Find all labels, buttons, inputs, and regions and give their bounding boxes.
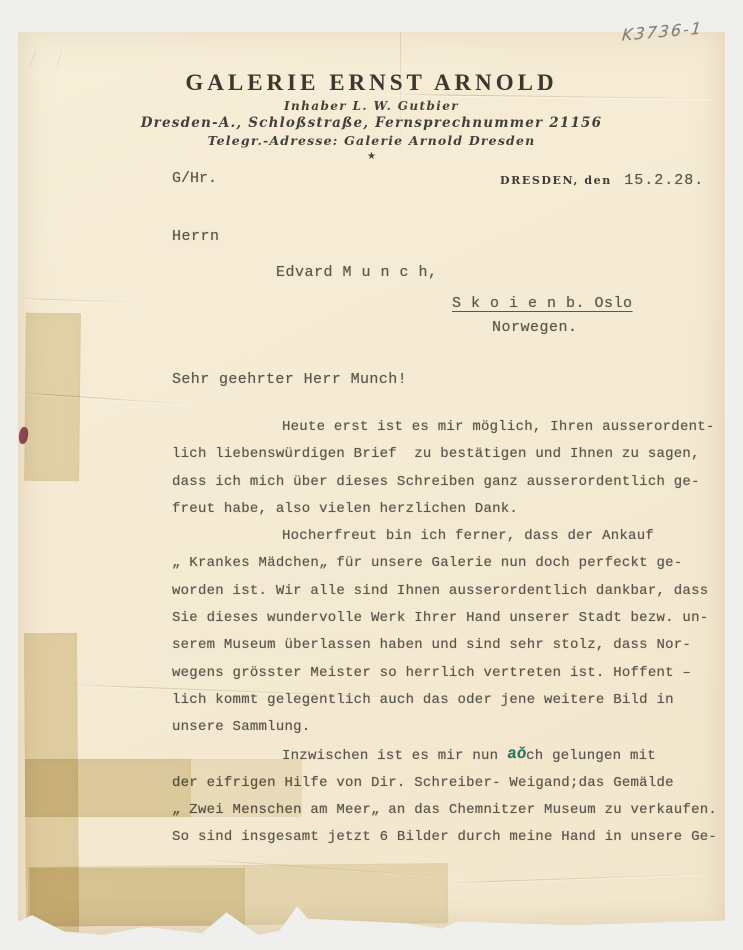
letterhead: GALERIE ERNST ARNOLD Inhaber L. W. Gutbi… [18, 32, 725, 162]
letter-line: lich kommt gelegentlich auch das oder je… [172, 687, 717, 714]
letter-sheet: GALERIE ERNST ARNOLD Inhaber L. W. Gutbi… [18, 32, 725, 935]
letter-line: serem Museum überlassen haben und sind s… [172, 632, 717, 659]
letter-line: lich liebenswürdigen Brief zu bestätigen… [172, 441, 717, 468]
line-segment: Inzwischen ist es mir nun [282, 748, 507, 764]
gallery-name: GALERIE ERNST ARNOLD [18, 70, 725, 96]
letter-body: Heute erst ist es mir möglich, Ihren aus… [172, 414, 717, 852]
crease-line [20, 392, 190, 405]
letter-line: freut habe, also vielen herzlichen Dank. [172, 496, 717, 523]
tape-strip-left-upper [24, 313, 81, 482]
recipient-name: Edvard M u n c h, [276, 264, 438, 281]
crease-line [448, 873, 708, 883]
letter-line: worden ist. Wir alle sind Ihnen ausseror… [172, 578, 717, 605]
letter-greeting: Sehr geehrter Herr Munch! [172, 371, 407, 388]
recipient-city: S k o i e n b. Oslo [452, 295, 633, 312]
recipient-country: Norwegen. [492, 319, 578, 336]
letter-line: „ Zwei Menschen am Meer„ an das Chemnitz… [172, 797, 717, 824]
letter-date: 15.2.28. [624, 172, 704, 189]
letter-line: Heute erst ist es mir möglich, Ihren aus… [172, 414, 717, 441]
letter-line: Hocherfreut bin ich ferner, dass der Ank… [172, 523, 717, 550]
crease-line [198, 859, 457, 878]
place-label: DRESDEN, den [500, 174, 612, 187]
tape-strip-bottom [30, 868, 245, 926]
gallery-owner: Inhaber L. W. Gutbier [18, 99, 725, 113]
letter-line: wegens grösster Meister so herrlich vert… [172, 660, 717, 687]
letter-line-with-correction: Inzwischen ist es mir nun aǒch gelungen … [172, 742, 717, 770]
letter-line: „ Krankes Mädchen„ für unsere Galerie nu… [172, 550, 717, 577]
letter-line: unsere Sammlung. [172, 714, 717, 741]
letter-line: Sie dieses wundervolle Werk Ihrer Hand u… [172, 605, 717, 632]
gallery-address: Dresden-A., Schloßstraße, Fernsprechnumm… [18, 115, 725, 131]
handwritten-correction: aǒ [506, 741, 528, 768]
scanner-background: K3736-1 GALERIE ERNST ARNOLD Inhaber L. … [0, 0, 743, 950]
recipient-salutation: Herrn [172, 228, 220, 245]
letter-line: So sind insgesamt jetzt 6 Bilder durch m… [172, 824, 717, 851]
letter-line: der eifrigen Hilfe von Dir. Schreiber- W… [172, 770, 717, 797]
letter-line: dass ich mich über dieses Schreiben ganz… [172, 469, 717, 496]
tape-strip-horizontal [25, 759, 191, 817]
line-segment: ch gelungen mit [526, 748, 656, 764]
gallery-telegram: Telegr.-Adresse: Galerie Arnold Dresden [18, 133, 725, 148]
crease-line [20, 298, 140, 303]
red-ink-spot [18, 426, 29, 444]
place-date-line: DRESDEN, den 15.2.28. [500, 171, 704, 189]
reference-initials: G/Hr. [172, 170, 217, 187]
star-icon: ★ [18, 151, 725, 162]
tape-strip-left-lower [24, 633, 79, 935]
